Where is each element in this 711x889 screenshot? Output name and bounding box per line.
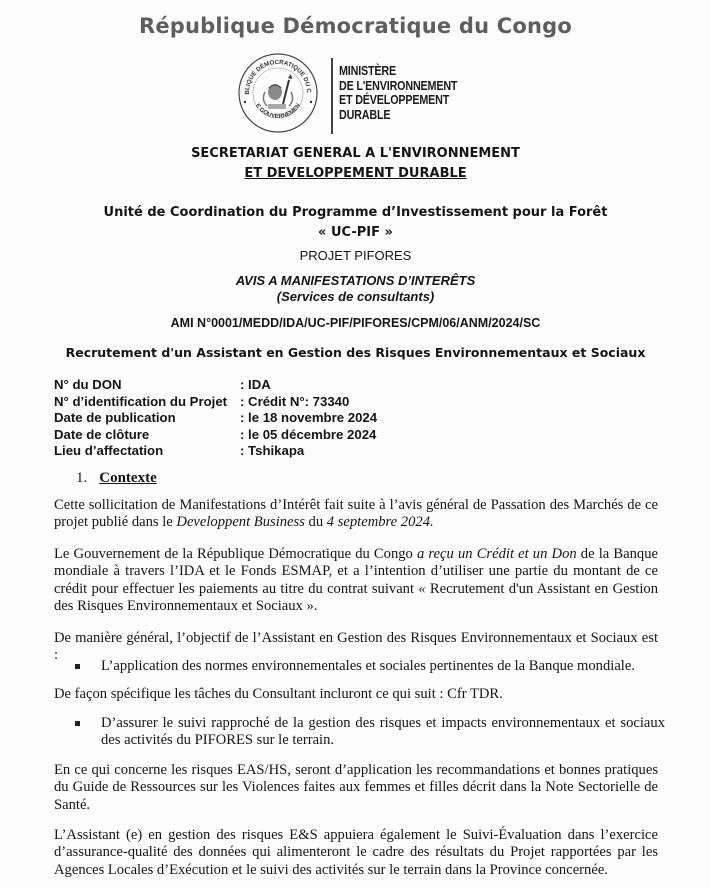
paragraph-intro: Cette sollicitation de Manifestations d’… [54,497,658,532]
text-run: Le Gouvernement de la République Démocra… [54,546,417,562]
notice-heading: AVIS A MANIFESTATIONS D’INTERÊTS (Servic… [0,273,711,305]
subject-heading: Recrutement d'un Assistant en Gestion de… [0,345,711,360]
info-row: Date de clôture : le 05 décembre 2024 [54,427,377,444]
header-divider [331,58,333,134]
info-table: N° du DON : IDA N° d’identification du P… [54,377,377,460]
government-seal-icon: RÉPUBLIQUE DÉMOCRATIQUE DU CONGO LE GOUV… [237,52,319,134]
section-title: Contexte [99,470,156,486]
info-label: Date de publication [54,410,240,427]
info-value: : IDA [240,377,271,394]
ministry-name: MINISTÈRE DE L'ENVIRONNEMENT ET DÉVELOPP… [339,64,457,122]
info-label: Date de clôture [54,427,240,444]
info-row: N° du DON : IDA [54,377,377,394]
project-name: PROJET PIFORES [0,248,711,263]
ministry-line: DE L'ENVIRONNEMENT [339,79,457,94]
bullet-item: L’application des normes environnemental… [75,658,665,675]
bullet-icon [75,721,80,726]
ministry-line: DURABLE [339,108,457,123]
reference-number: AMI N°0001/MEDD/IDA/UC-PIF/PIFORES/CPM/0… [0,316,711,330]
text-run: « [418,581,425,597]
country-title: République Démocratique du Congo [0,14,711,38]
text-run: 4 septembre 2024. [327,514,434,530]
info-label: Lieu d’affectation [54,443,240,460]
paragraph-financing: Le Gouvernement de la République Démocra… [54,546,658,616]
unit-line-2: « UC-PIF » [0,223,711,243]
info-label: N° du DON [54,377,240,394]
paragraph-eas-hs: En ce qui concerne les risques EAS/HS, s… [54,762,658,814]
bullet-text: D’assurer le suivi rapproché de la gesti… [101,715,665,750]
bullet-text: L’application des normes environnemental… [101,658,635,675]
text-run: Developpent Business [176,514,304,530]
secretariat-line-2: ET DEVELOPPEMENT DURABLE [244,166,466,181]
secretariat-heading: SECRETARIAT GENERAL A L'ENVIRONNEMENT ET… [0,144,711,184]
unit-heading: Unité de Coordination du Programme d’Inv… [0,203,711,243]
info-label: N° d’identification du Projet [54,394,240,411]
paragraph-tasks: De façon spécifique les tâches du Consul… [54,686,658,703]
text-run: a reçu un Crédit et un Don [417,546,577,562]
info-row: Date de publication : le 18 novembre 202… [54,410,377,427]
notice-subtitle: (Services de consultants) [0,289,711,305]
text-run: du [305,514,327,530]
ministry-line: MINISTÈRE [339,64,457,79]
section-number: 1. [76,470,87,486]
info-value: : le 18 novembre 2024 [240,410,377,427]
bullet-icon [75,664,80,669]
section-heading: 1.Contexte [76,470,157,487]
secretariat-line-1: SECRETARIAT GENERAL A L'ENVIRONNEMENT [0,144,711,164]
info-row: Lieu d’affectation : Tshikapa [54,443,377,460]
notice-title: AVIS A MANIFESTATIONS D’INTERÊTS [0,273,711,289]
bullet-item: D’assurer le suivi rapproché de la gesti… [75,715,665,750]
info-row: N° d’identification du Projet : Crédit N… [54,394,377,411]
unit-line-1: Unité de Coordination du Programme d’Inv… [0,203,711,223]
paragraph-monitoring: L’Assistant (e) en gestion des risques E… [54,827,658,879]
ministry-line: ET DÉVELOPPEMENT [339,93,457,108]
info-value: : Tshikapa [240,443,304,460]
info-value: : le 05 décembre 2024 [240,427,376,444]
info-value: : Crédit N°: 73340 [240,394,349,411]
